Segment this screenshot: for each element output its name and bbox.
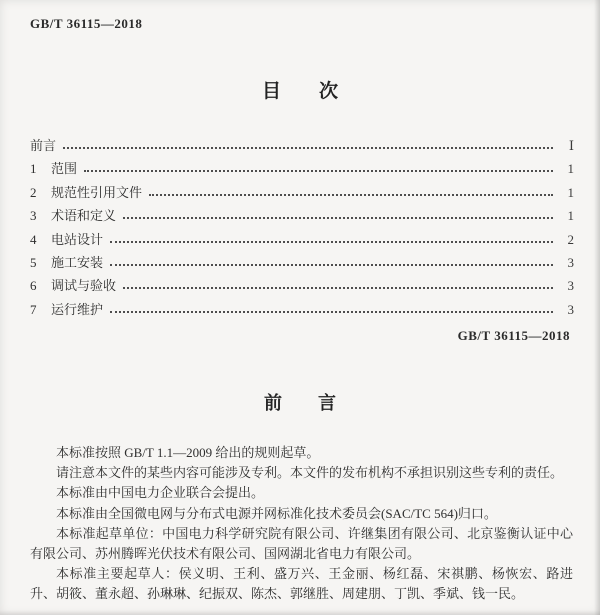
toc-row-foreword: 前言 Ⅰ [30, 134, 574, 157]
toc-page-number: 3 [560, 274, 574, 297]
doc-number-header: GB/T 36115—2018 [30, 16, 142, 32]
toc-entry-number: 7 [30, 298, 51, 321]
foreword-body: 本标准按照 GB/T 1.1—2009 给出的规则起草。 请注意本文件的某些内容… [30, 443, 573, 605]
foreword-paragraph: 本标准起草单位：中国电力科学研究院有限公司、许继集团有限公司、北京鉴衡认证中心有… [30, 524, 573, 564]
toc-title: 目 次 [0, 76, 600, 103]
foreword-paragraph: 本标准由中国电力企业联合会提出。 [30, 483, 573, 503]
toc-dot-leader [110, 240, 553, 243]
toc-page-number: Ⅰ [560, 134, 574, 157]
toc-dot-leader [123, 216, 553, 219]
toc-entry-label: 前言 [30, 134, 56, 157]
toc-row-3: 3 术语和定义 1 [30, 204, 574, 227]
toc-row-2: 2 规范性引用文件 1 [30, 181, 574, 204]
toc-entry-number: 2 [30, 181, 51, 204]
toc-dot-leader [63, 146, 553, 149]
toc-page-number: 3 [560, 298, 574, 321]
toc-entry-label: 规范性引用文件 [51, 181, 142, 204]
toc-row-5: 5 施工安装 3 [30, 251, 574, 274]
toc-dot-leader [110, 263, 553, 266]
toc-entry-label: 范围 [51, 157, 77, 180]
toc-entry-label: 电站设计 [51, 228, 103, 251]
toc-entry-number: 5 [30, 251, 51, 274]
toc-dot-leader [110, 310, 553, 313]
toc-entry-label: 运行维护 [51, 298, 103, 321]
toc-entry-number: 1 [30, 157, 51, 180]
foreword-paragraph: 本标准主要起草人：侯义明、王利、盛万兴、王金丽、杨红磊、宋祺鹏、杨恢宏、路进升、… [30, 564, 573, 604]
toc-entry-label: 施工安装 [51, 251, 103, 274]
toc-dot-leader [84, 169, 553, 172]
toc-page-number: 2 [560, 228, 574, 251]
toc-page-number: 3 [560, 251, 574, 274]
toc-entry-number: 3 [30, 204, 51, 227]
toc-entry-number: 4 [30, 228, 51, 251]
toc-row-7: 7 运行维护 3 [30, 298, 574, 321]
doc-number-foreword-page: GB/T 36115—2018 [458, 328, 570, 344]
toc-dot-leader [123, 286, 553, 289]
toc-list: 前言 Ⅰ 1 范围 1 2 规范性引用文件 1 3 术语和定义 1 4 电站设计… [30, 134, 574, 321]
foreword-paragraph: 本标准由全国微电网与分布式电源并网标准化技术委员会(SAC/TC 564)归口。 [30, 504, 573, 524]
toc-page-number: 1 [560, 204, 574, 227]
toc-entry-label: 术语和定义 [51, 204, 116, 227]
foreword-title: 前 言 [0, 389, 600, 415]
toc-row-1: 1 范围 1 [30, 157, 574, 180]
foreword-paragraph: 本标准按照 GB/T 1.1—2009 给出的规则起草。 [30, 443, 573, 463]
toc-dot-leader [149, 193, 553, 196]
toc-row-6: 6 调试与验收 3 [30, 274, 574, 297]
document-page: GB/T 36115—2018 目 次 前言 Ⅰ 1 范围 1 2 规范性引用文… [0, 0, 600, 615]
toc-page-number: 1 [560, 157, 574, 180]
toc-entry-label: 调试与验收 [51, 274, 116, 297]
foreword-paragraph: 请注意本文件的某些内容可能涉及专利。本文件的发布机构不承担识别这些专利的责任。 [30, 463, 573, 483]
toc-page-number: 1 [560, 181, 574, 204]
toc-entry-number: 6 [30, 274, 51, 297]
toc-row-4: 4 电站设计 2 [30, 228, 574, 251]
scan-edge-shadow [0, 610, 600, 615]
